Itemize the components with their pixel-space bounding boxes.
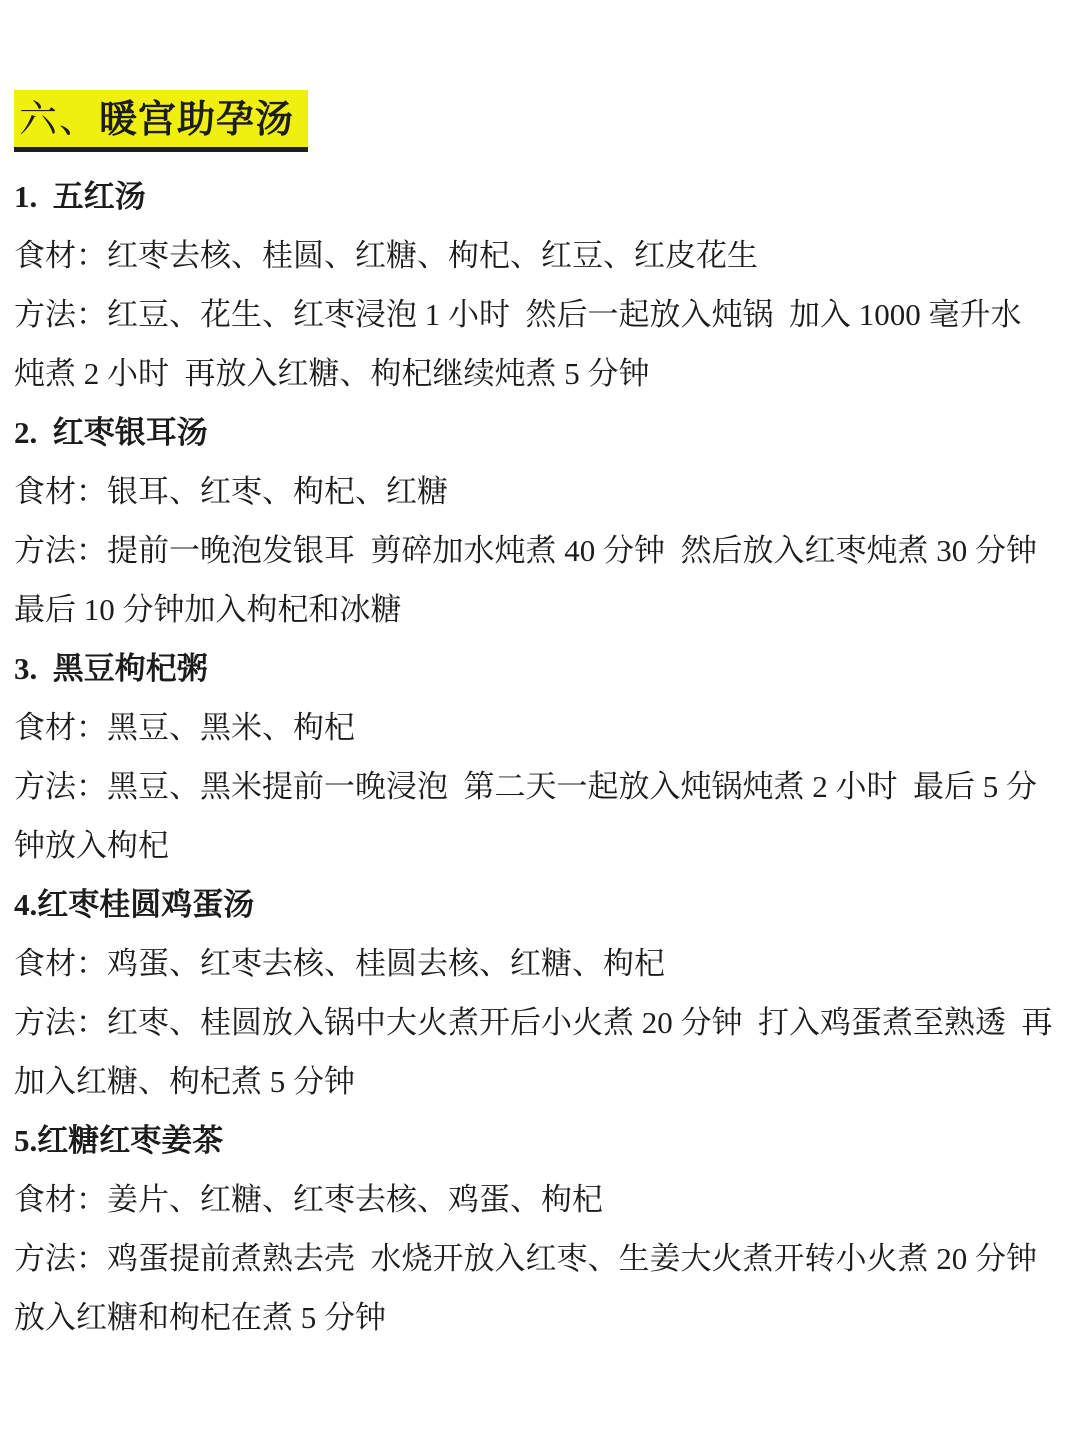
ingredients-text: 红枣去核、桂圆、红糖、枸杞、红豆、红皮花生 [107,238,758,273]
recipe-section-2: 2. 红枣银耳汤 食材：银耳、红枣、枸杞、红糖 方法：提前一晚泡发银耳 剪碎加水… [14,403,1060,639]
method-label: 方法： [14,297,107,332]
ingredients-label: 食材： [14,946,107,981]
ingredients-label: 食材： [14,710,107,745]
ingredients-text: 银耳、红枣、枸杞、红糖 [107,474,448,509]
recipe-ingredients-line: 食材：鸡蛋、红枣去核、桂圆去核、红糖、枸杞 [14,934,1060,993]
method-text: 黑豆、黑米提前一晚浸泡 第二天一起放入炖锅炖煮 2 小时 最后 5 分钟放入枸杞 [14,769,1037,863]
recipe-method-line: 方法：红豆、花生、红枣浸泡 1 小时 然后一起放入炖锅 加入 1000 毫升水 … [14,285,1060,403]
recipe-method-line: 方法：黑豆、黑米提前一晚浸泡 第二天一起放入炖锅炖煮 2 小时 最后 5 分钟放… [14,757,1060,875]
ingredients-label: 食材： [14,474,107,509]
recipe-ingredients-line: 食材：姜片、红糖、红枣去核、鸡蛋、枸杞 [14,1170,1060,1229]
ingredients-label: 食材： [14,238,107,273]
recipe-method-line: 方法：鸡蛋提前煮熟去壳 水烧开放入红枣、生姜大火煮开转小火煮 20 分钟 放入红… [14,1229,1060,1347]
ingredients-label: 食材： [14,1182,107,1217]
method-text: 红枣、桂圆放入锅中大火煮开后小火煮 20 分钟 打入鸡蛋煮至熟透 再加入红糖、枸… [14,1005,1053,1099]
page-title: 六、暖宫助孕汤 [14,90,1060,152]
recipe-method-line: 方法：红枣、桂圆放入锅中大火煮开后小火煮 20 分钟 打入鸡蛋煮至熟透 再加入红… [14,993,1060,1111]
title-highlight: 六、暖宫助孕汤 [14,90,308,152]
recipe-heading: 1. 五红汤 [14,167,1060,226]
document-page: 六、暖宫助孕汤 1. 五红汤 食材：红枣去核、桂圆、红糖、枸杞、红豆、红皮花生 … [0,0,1080,1440]
recipe-section-1: 1. 五红汤 食材：红枣去核、桂圆、红糖、枸杞、红豆、红皮花生 方法：红豆、花生… [14,167,1060,403]
ingredients-text: 黑豆、黑米、枸杞 [107,710,355,745]
ingredients-text: 鸡蛋、红枣去核、桂圆去核、红糖、枸杞 [107,946,665,981]
recipe-ingredients-line: 食材：红枣去核、桂圆、红糖、枸杞、红豆、红皮花生 [14,226,1060,285]
recipe-section-5: 5.红糖红枣姜茶 食材：姜片、红糖、红枣去核、鸡蛋、枸杞 方法：鸡蛋提前煮熟去壳… [14,1111,1060,1347]
method-text: 鸡蛋提前煮熟去壳 水烧开放入红枣、生姜大火煮开转小火煮 20 分钟 放入红糖和枸… [14,1241,1053,1335]
ingredients-text: 姜片、红糖、红枣去核、鸡蛋、枸杞 [107,1182,603,1217]
method-label: 方法： [14,533,107,568]
method-text: 红豆、花生、红枣浸泡 1 小时 然后一起放入炖锅 加入 1000 毫升水 炖煮 … [14,297,1037,391]
method-label: 方法： [14,1241,107,1276]
recipe-heading: 2. 红枣银耳汤 [14,403,1060,462]
method-label: 方法： [14,769,107,804]
recipe-section-3: 3. 黑豆枸杞粥 食材：黑豆、黑米、枸杞 方法：黑豆、黑米提前一晚浸泡 第二天一… [14,639,1060,875]
recipe-heading: 4.红枣桂圆鸡蛋汤 [14,875,1060,934]
title-number-prefix: 六、 [19,99,99,141]
method-text: 提前一晚泡发银耳 剪碎加水炖煮 40 分钟 然后放入红枣炖煮 30 分钟 最后 … [14,533,1053,627]
recipe-ingredients-line: 食材：黑豆、黑米、枸杞 [14,698,1060,757]
recipe-ingredients-line: 食材：银耳、红枣、枸杞、红糖 [14,462,1060,521]
recipe-heading: 3. 黑豆枸杞粥 [14,639,1060,698]
recipe-section-4: 4.红枣桂圆鸡蛋汤 食材：鸡蛋、红枣去核、桂圆去核、红糖、枸杞 方法：红枣、桂圆… [14,875,1060,1111]
title-text: 暖宫助孕汤 [99,99,294,141]
method-label: 方法： [14,1005,107,1040]
recipe-heading: 5.红糖红枣姜茶 [14,1111,1060,1170]
recipe-method-line: 方法：提前一晚泡发银耳 剪碎加水炖煮 40 分钟 然后放入红枣炖煮 30 分钟 … [14,521,1060,639]
